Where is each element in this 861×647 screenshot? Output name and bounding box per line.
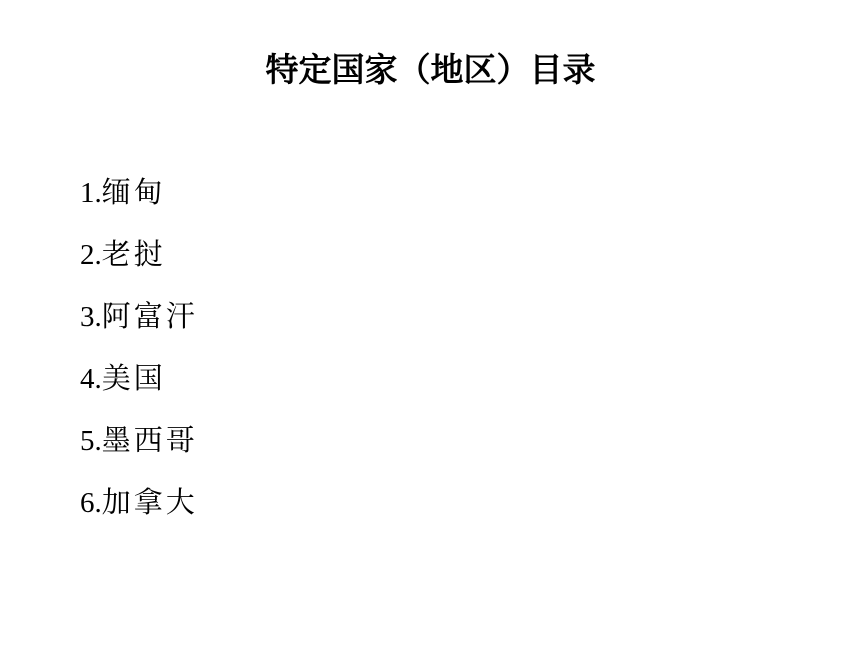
item-number: 2. (80, 239, 102, 271)
list-item: 3.阿富汗 (80, 296, 198, 358)
list-item: 4.美国 (80, 358, 198, 420)
item-number: 3. (80, 301, 102, 333)
country-name: 墨西哥 (102, 423, 198, 457)
list-item: 2.老挝 (80, 234, 198, 296)
country-name: 阿富汗 (102, 299, 198, 333)
item-number: 1. (80, 177, 102, 209)
document-title: 特定国家（地区）目录 (0, 46, 861, 94)
item-number: 6. (80, 487, 102, 519)
list-item: 6.加拿大 (80, 482, 198, 544)
country-name: 加拿大 (102, 485, 198, 519)
country-name: 美国 (102, 361, 166, 395)
country-name: 缅甸 (102, 175, 166, 209)
document-page: 特定国家（地区）目录 1.缅甸 2.老挝 3.阿富汗 4.美国 5.墨西哥 6.… (0, 0, 861, 647)
item-number: 5. (80, 425, 102, 457)
country-name: 老挝 (102, 237, 166, 271)
item-number: 4. (80, 363, 102, 395)
country-list: 1.缅甸 2.老挝 3.阿富汗 4.美国 5.墨西哥 6.加拿大 (80, 172, 198, 544)
list-item: 1.缅甸 (80, 172, 198, 234)
list-item: 5.墨西哥 (80, 420, 198, 482)
